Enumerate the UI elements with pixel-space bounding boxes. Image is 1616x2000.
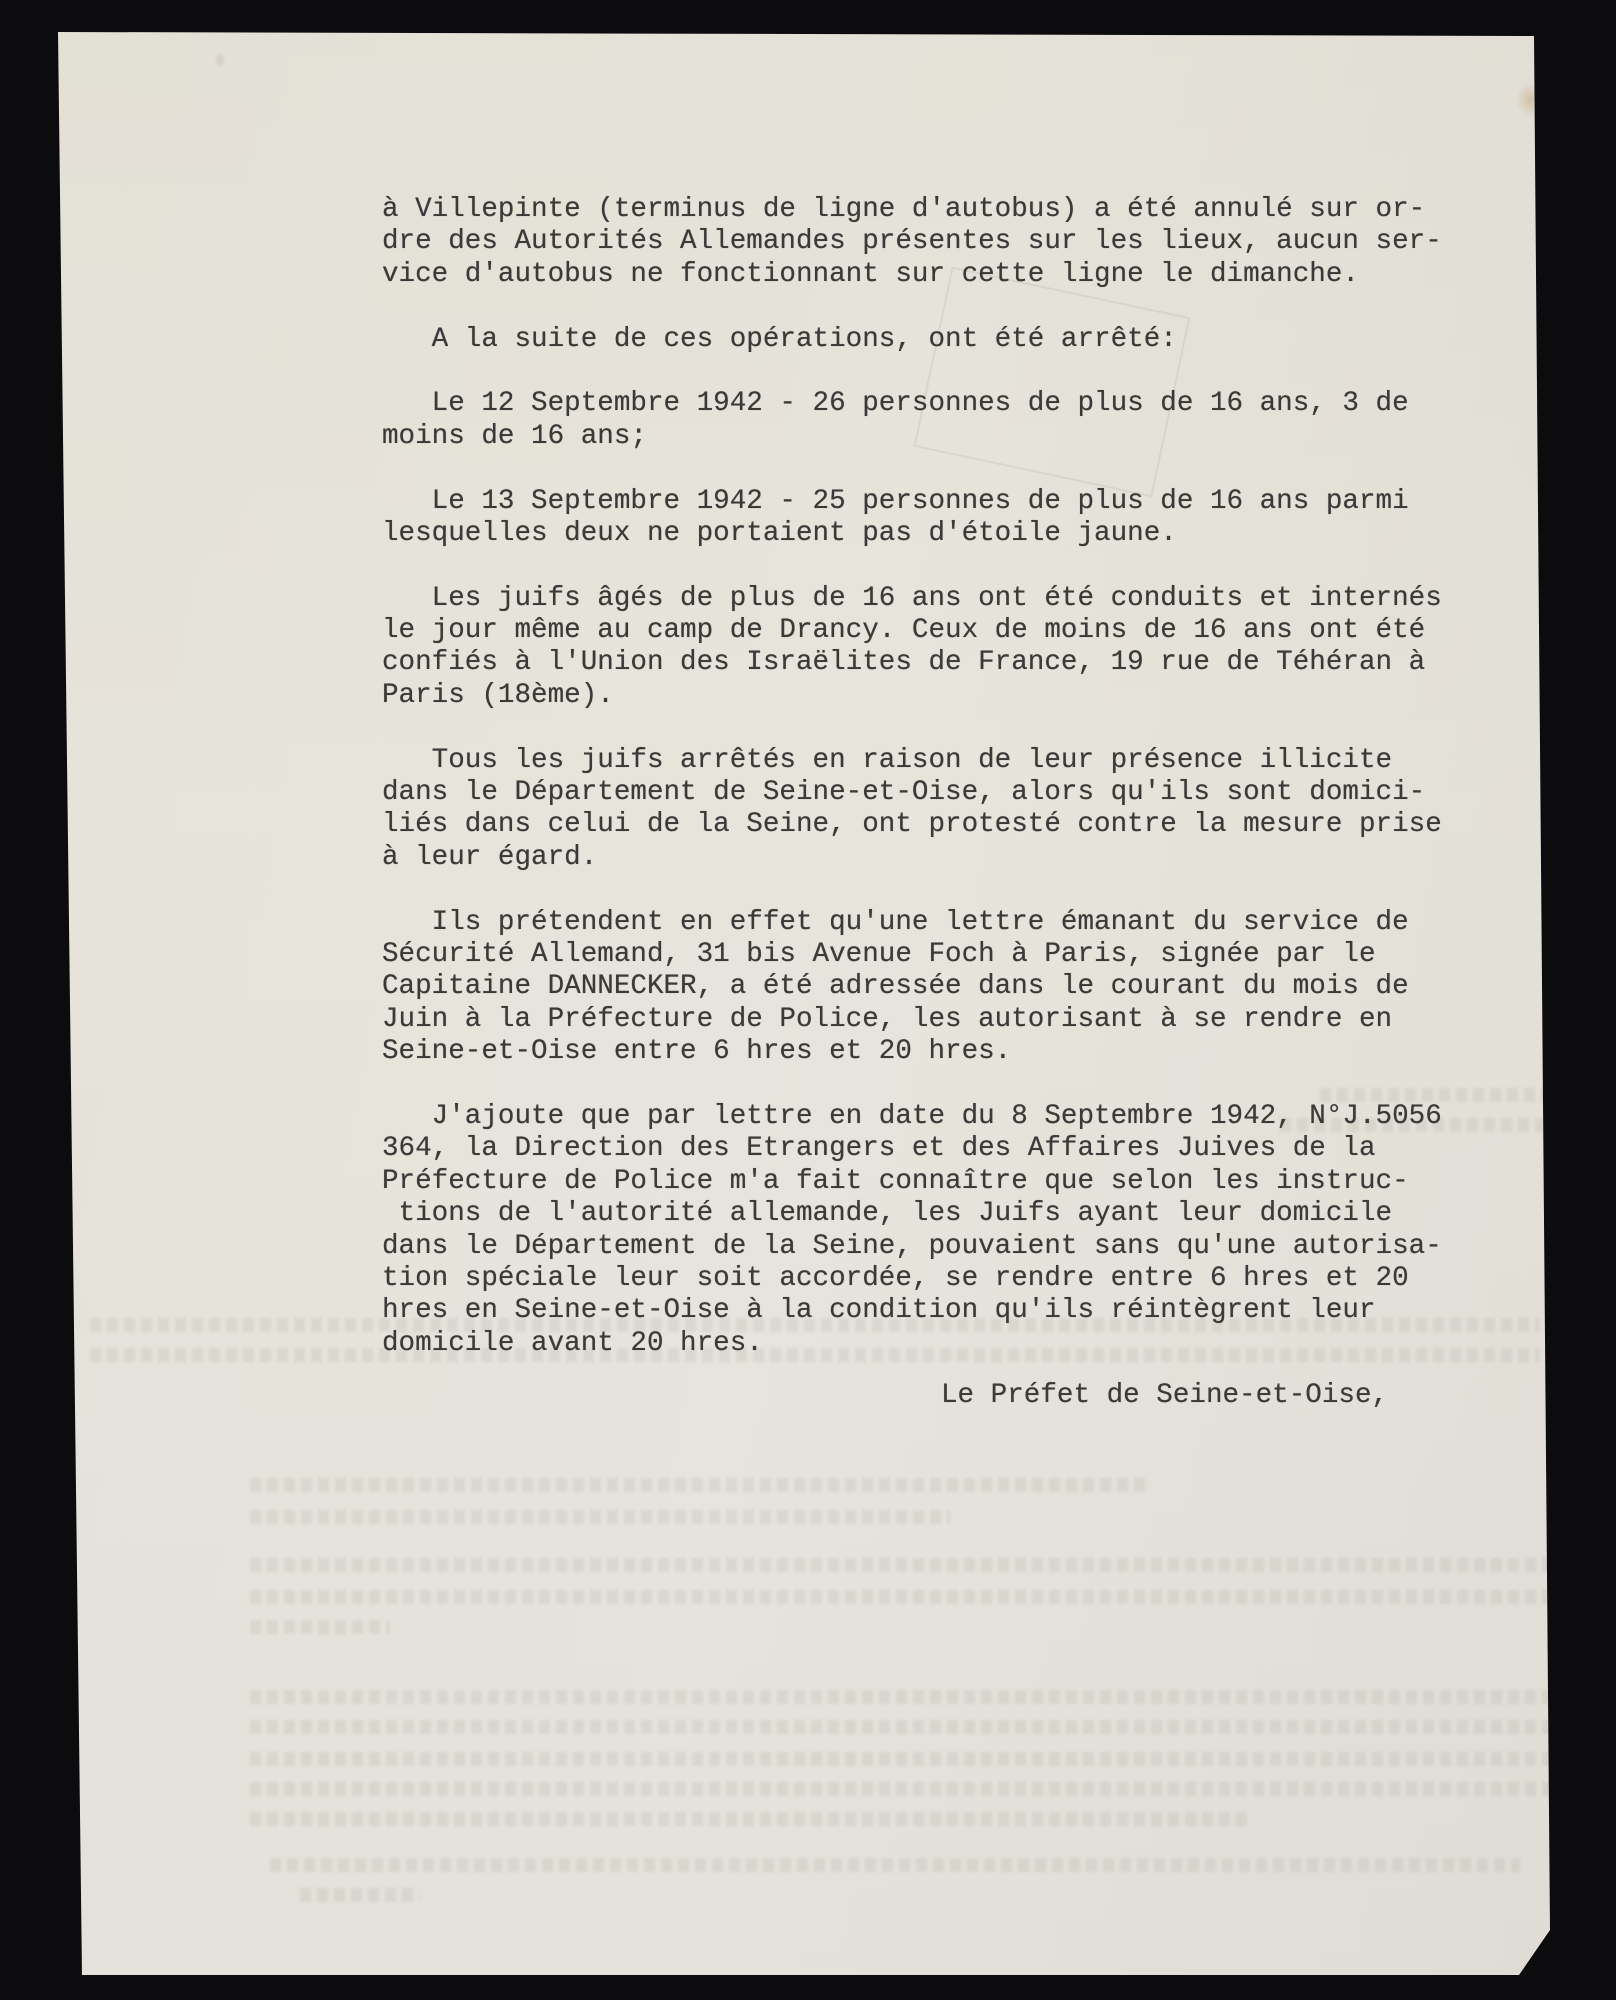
text-line: liés dans celui de la Seine, ont protest… — [382, 809, 1532, 841]
paragraph-arrests-sept-13: Le 13 Septembre 1942 - 25 personnes de p… — [382, 486, 1532, 551]
text-line: Juin à la Préfecture de Police, les auto… — [382, 1004, 1532, 1036]
show-through-line — [250, 1720, 1550, 1734]
text-line: Ils prétendent en effet qu'une lettre ém… — [382, 907, 1532, 939]
text-line: hres en Seine-et-Oise à la condition qu'… — [382, 1295, 1532, 1327]
show-through-line — [250, 1590, 1550, 1604]
text-line: Seine-et-Oise entre 6 hres et 20 hres. — [382, 1036, 1532, 1068]
text-line: Capitaine DANNECKER, a été adressée dans… — [382, 971, 1532, 1003]
text-line: moins de 16 ans; — [382, 421, 1532, 453]
text-line: J'ajoute que par lettre en date du 8 Sep… — [382, 1101, 1532, 1133]
text-line: Le 12 Septembre 1942 - 26 personnes de p… — [382, 388, 1532, 420]
text-line: Tous les juifs arrêtés en raison de leur… — [382, 745, 1532, 777]
text-line: vice d'autobus ne fonctionnant sur cette… — [382, 259, 1532, 291]
show-through-line — [270, 1858, 1520, 1872]
text-line: Préfecture de Police m'a fait connaître … — [382, 1166, 1532, 1198]
text-line: dans le Département de Seine-et-Oise, al… — [382, 777, 1532, 809]
text-line: A la suite de ces opérations, ont été ar… — [382, 324, 1532, 356]
show-through-line — [250, 1510, 950, 1524]
paragraph-arrests-sept-12: Le 12 Septembre 1942 - 26 personnes de p… — [382, 388, 1532, 453]
show-through-line — [250, 1782, 1550, 1796]
text-line: confiés à l'Union des Israëlites de Fran… — [382, 647, 1532, 679]
letter-body: à Villepinte (terminus de ligne d'autobu… — [382, 194, 1532, 1392]
paragraph-protest: Tous les juifs arrêtés en raison de leur… — [382, 745, 1532, 875]
text-line: Les juifs âgés de plus de 16 ans ont été… — [382, 583, 1532, 615]
text-line: domicile avant 20 hres. — [382, 1328, 1532, 1360]
paragraph-arrests-intro: A la suite de ces opérations, ont été ar… — [382, 324, 1532, 356]
text-line: tions de l'autorité allemande, les Juifs… — [382, 1198, 1532, 1230]
show-through-line — [250, 1752, 1550, 1766]
text-line: le jour même au camp de Drancy. Ceux de … — [382, 615, 1532, 647]
show-through-line — [250, 1558, 1550, 1572]
text-line: 364, la Direction des Etrangers et des A… — [382, 1133, 1532, 1165]
text-line: Sécurité Allemand, 31 bis Avenue Foch à … — [382, 939, 1532, 971]
text-line: tion spéciale leur soit accordée, se ren… — [382, 1263, 1532, 1295]
paragraph-prefecture-letter: J'ajoute que par lettre en date du 8 Sep… — [382, 1101, 1532, 1360]
paragraph-bus-cancellation: à Villepinte (terminus de ligne d'autobu… — [382, 194, 1532, 291]
text-line: à leur égard. — [382, 842, 1532, 874]
paragraph-internment: Les juifs âgés de plus de 16 ans ont été… — [382, 583, 1532, 713]
text-line: Le 13 Septembre 1942 - 25 personnes de p… — [382, 486, 1532, 518]
paragraph-claimed-authorization: Ils prétendent en effet qu'une lettre ém… — [382, 907, 1532, 1069]
show-through-line — [250, 1812, 1250, 1826]
text-line: dans le Département de la Seine, pouvaie… — [382, 1231, 1532, 1263]
signature-line: Le Préfet de Seine-et-Oise, — [941, 1380, 1388, 1412]
text-line: dre des Autorités Allemandes présentes s… — [382, 226, 1532, 258]
text-line: à Villepinte (terminus de ligne d'autobu… — [382, 194, 1532, 226]
text-line: lesquelles deux ne portaient pas d'étoil… — [382, 518, 1532, 550]
show-through-line — [250, 1478, 1150, 1492]
show-through-line — [250, 1690, 1550, 1704]
text-line: Paris (18ème). — [382, 680, 1532, 712]
show-through-line — [300, 1888, 420, 1902]
show-through-line — [250, 1620, 390, 1634]
